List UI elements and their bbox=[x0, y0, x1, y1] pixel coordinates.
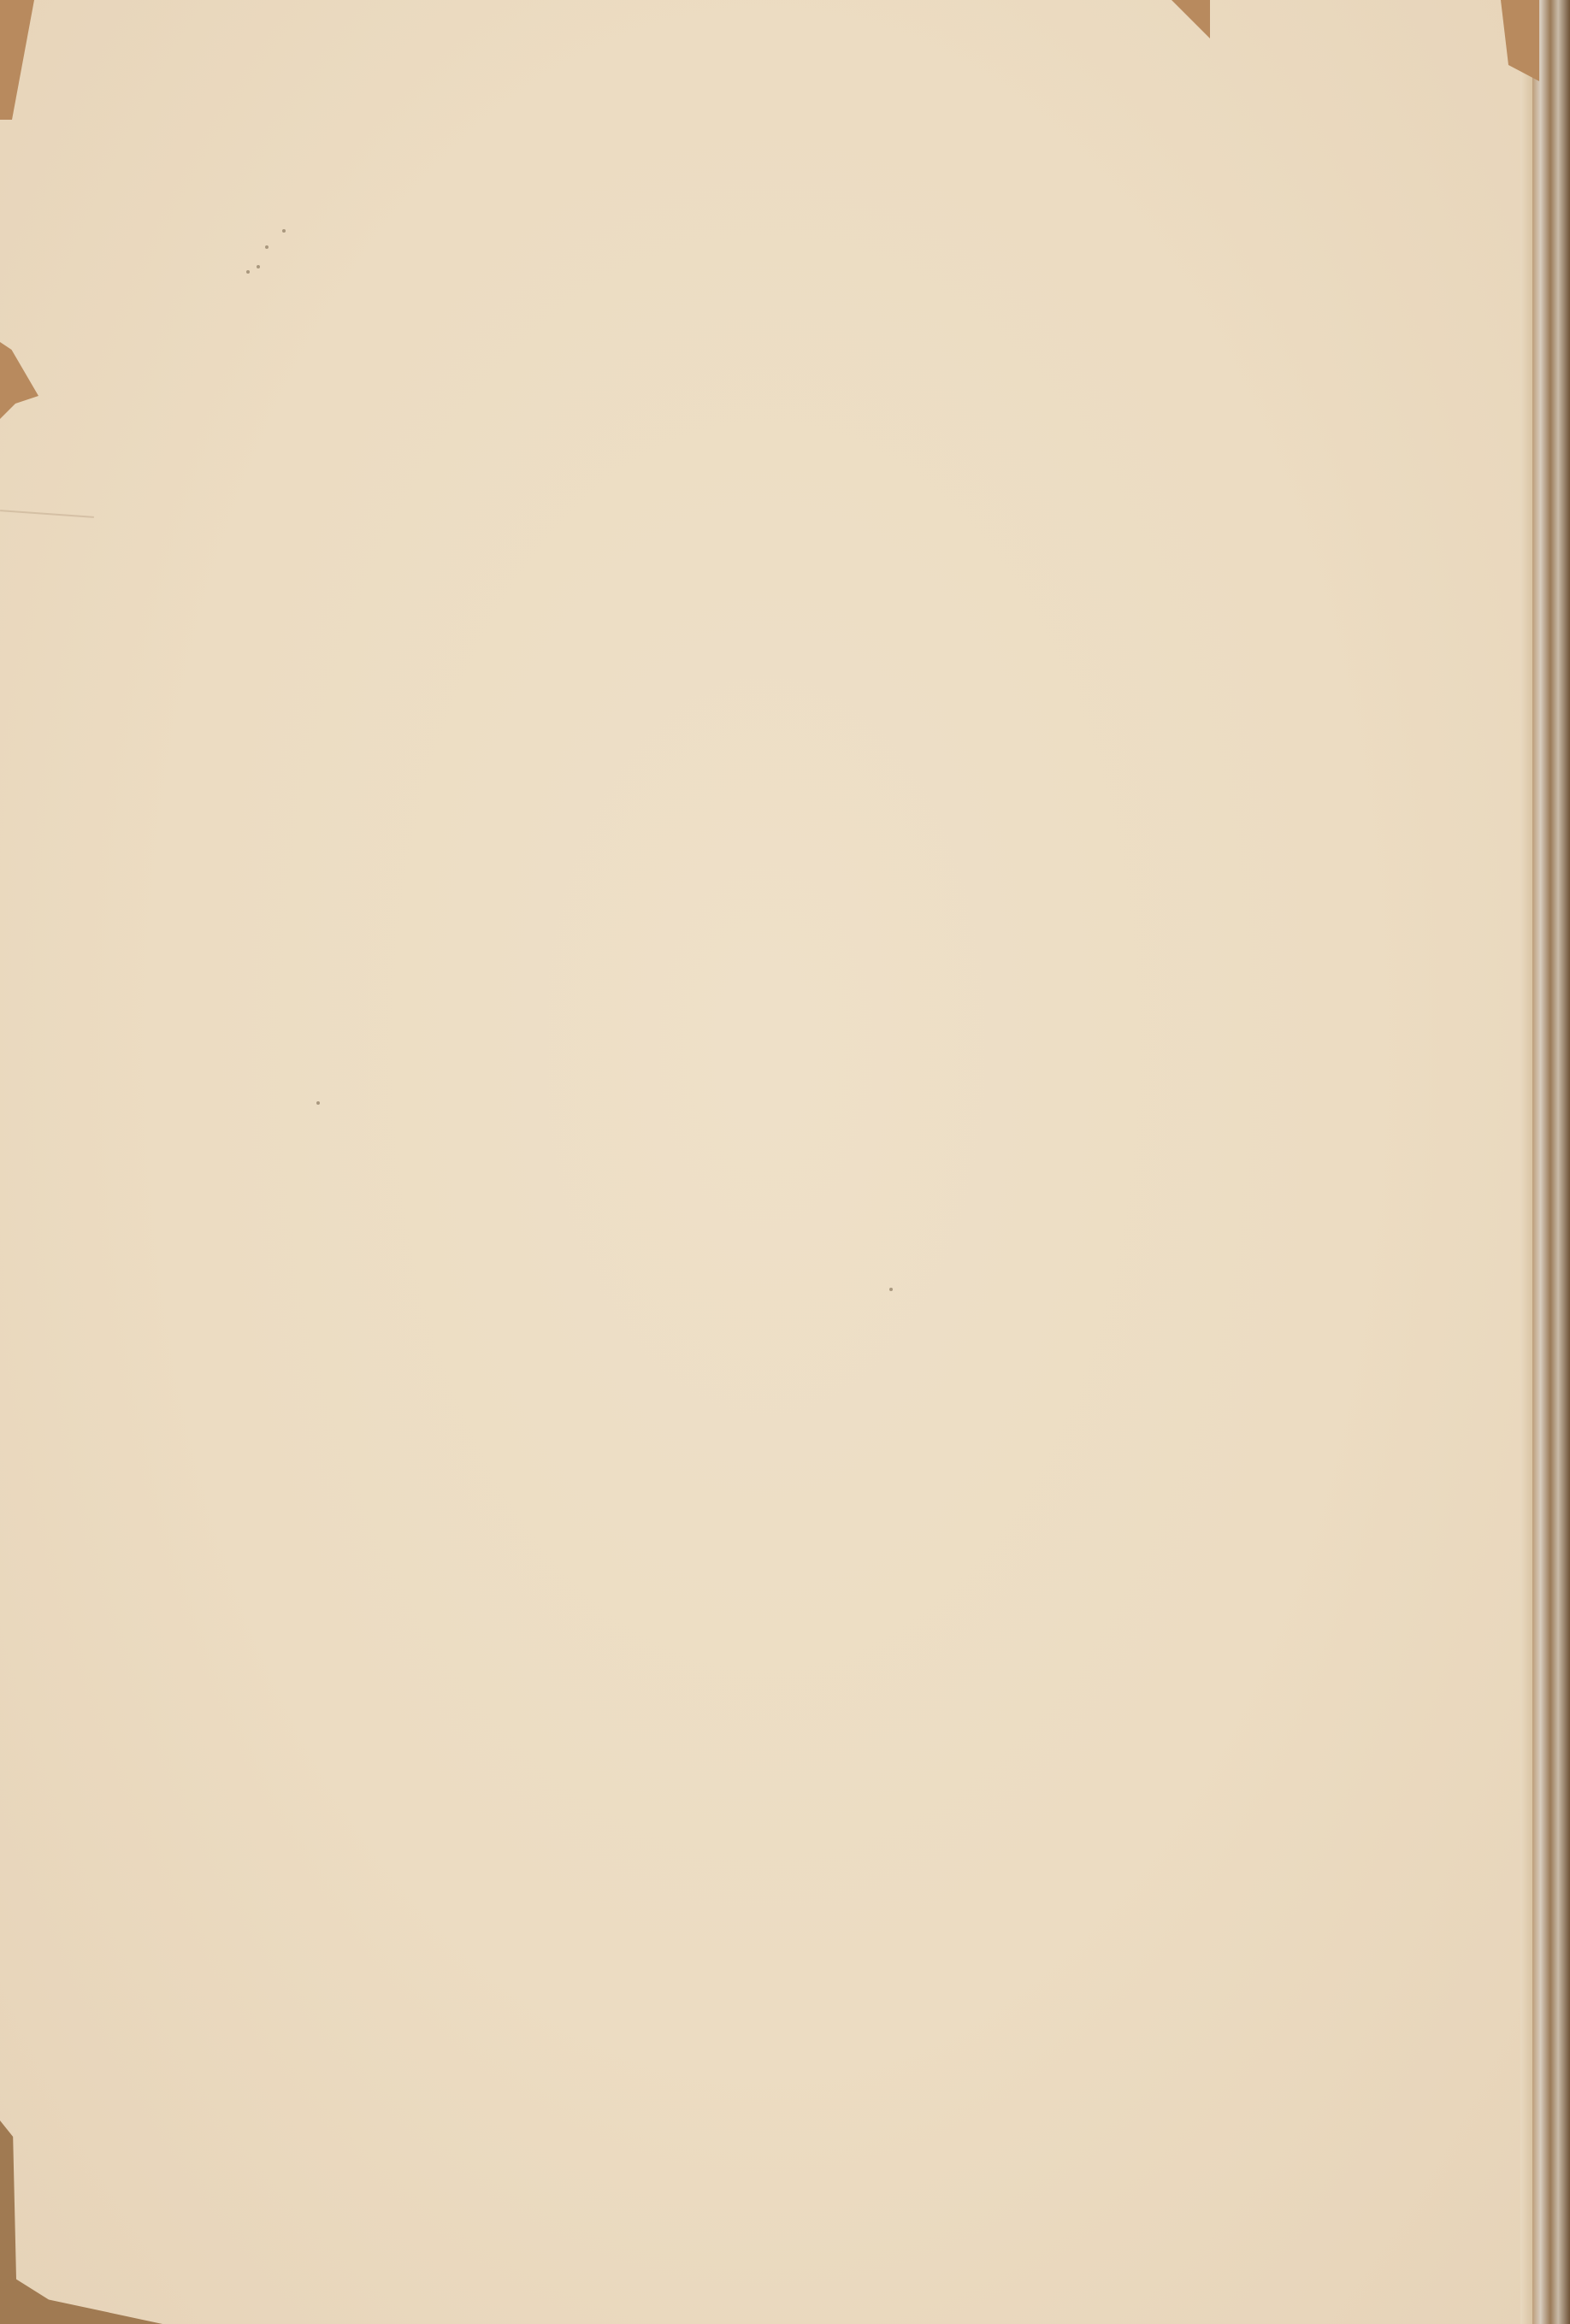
paper-speck bbox=[282, 229, 286, 233]
paper-speck bbox=[246, 270, 250, 274]
paper-crease bbox=[0, 510, 94, 518]
page-edge-shadow bbox=[1520, 68, 1532, 2324]
paper-speck bbox=[316, 1101, 320, 1105]
paper-speck bbox=[265, 245, 269, 249]
book-binding-edge bbox=[1531, 0, 1570, 2324]
paper-speck bbox=[257, 265, 260, 268]
blank-paper-page bbox=[0, 0, 1531, 2324]
paper-speck bbox=[889, 1288, 893, 1291]
